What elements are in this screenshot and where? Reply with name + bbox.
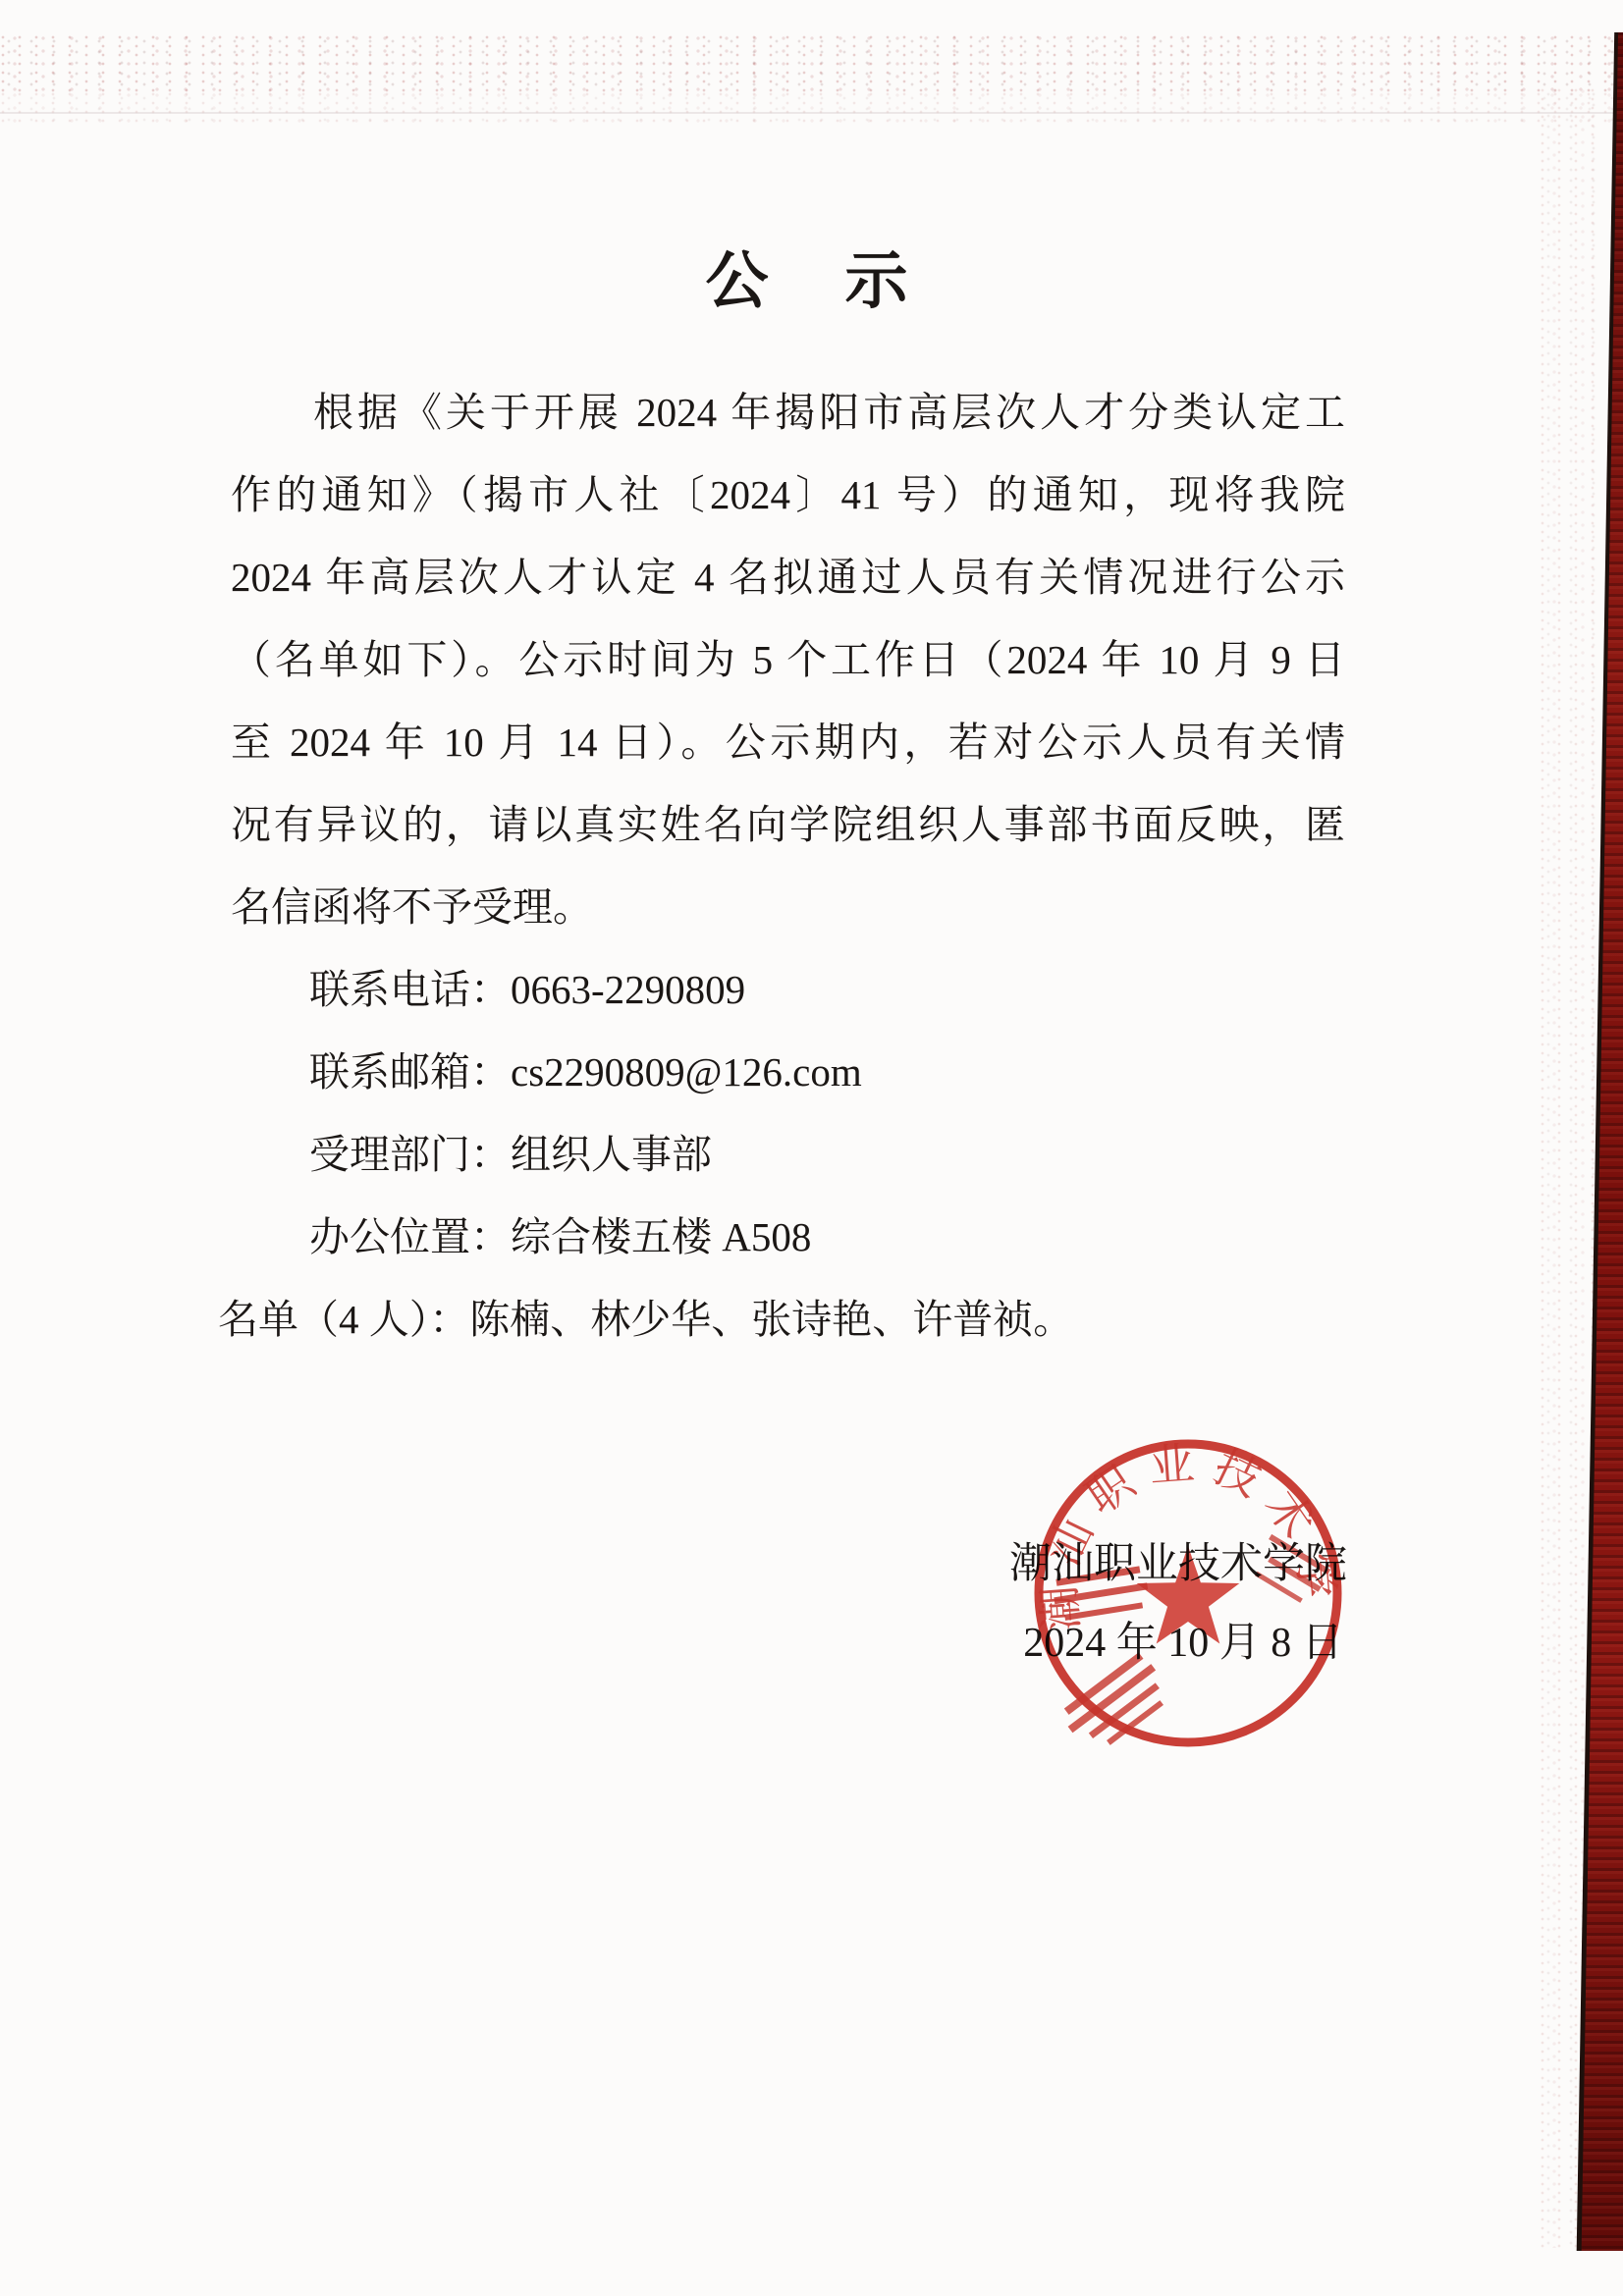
contact-phone-line: 联系电话：0663-2290809 (231, 962, 1345, 1017)
contact-email-line: 联系邮箱：cs2290809@126.com (231, 1044, 1345, 1099)
body-line-4: （名单如下）。公示时间为 5 个工作日（2024 年 10 月 9 日 (231, 632, 1345, 687)
title-char-1: 公 (706, 246, 771, 316)
scanned-notice-page: 公示 根据《关于开展 2024 年揭阳市高层次人才分类认定工 作的通知》（揭市人… (0, 0, 1623, 2296)
title-char-2: 示 (845, 246, 910, 316)
body-line-1: 根据《关于开展 2024 年揭阳市高层次人才分类认定工 (231, 385, 1345, 440)
body-line-3: 2024 年高层次人才认定 4 名拟通过人员有关情况进行公示 (231, 550, 1345, 605)
scan-artifact-line (0, 112, 1623, 114)
scan-noise-band-top (0, 35, 1623, 92)
body-line-2: 作的通知》（揭市人社〔2024〕41 号）的通知，现将我院 (231, 467, 1345, 522)
scan-noise-band-top-secondary (0, 92, 1623, 126)
body-line-5: 至 2024 年 10 月 14 日）。公示期内，若对公示人员有关情 (231, 715, 1345, 770)
contact-office-line: 办公位置：综合楼五楼 A508 (231, 1209, 1345, 1264)
page-title: 公示 (250, 245, 1365, 318)
name-list-line: 名单（4 人）：陈楠、林少华、张诗艳、许普祯。 (218, 1292, 1377, 1347)
contact-department-line: 受理部门：组织人事部 (231, 1127, 1345, 1182)
body-line-7: 名信函将不予受理。 (231, 880, 1345, 934)
official-red-seal: 潮汕职业技术学院 (1021, 1425, 1355, 1759)
red-star-icon (1137, 1546, 1240, 1644)
body-line-6: 况有异议的，请以真实姓名向学院组织人事部书面反映，匿 (231, 797, 1345, 852)
